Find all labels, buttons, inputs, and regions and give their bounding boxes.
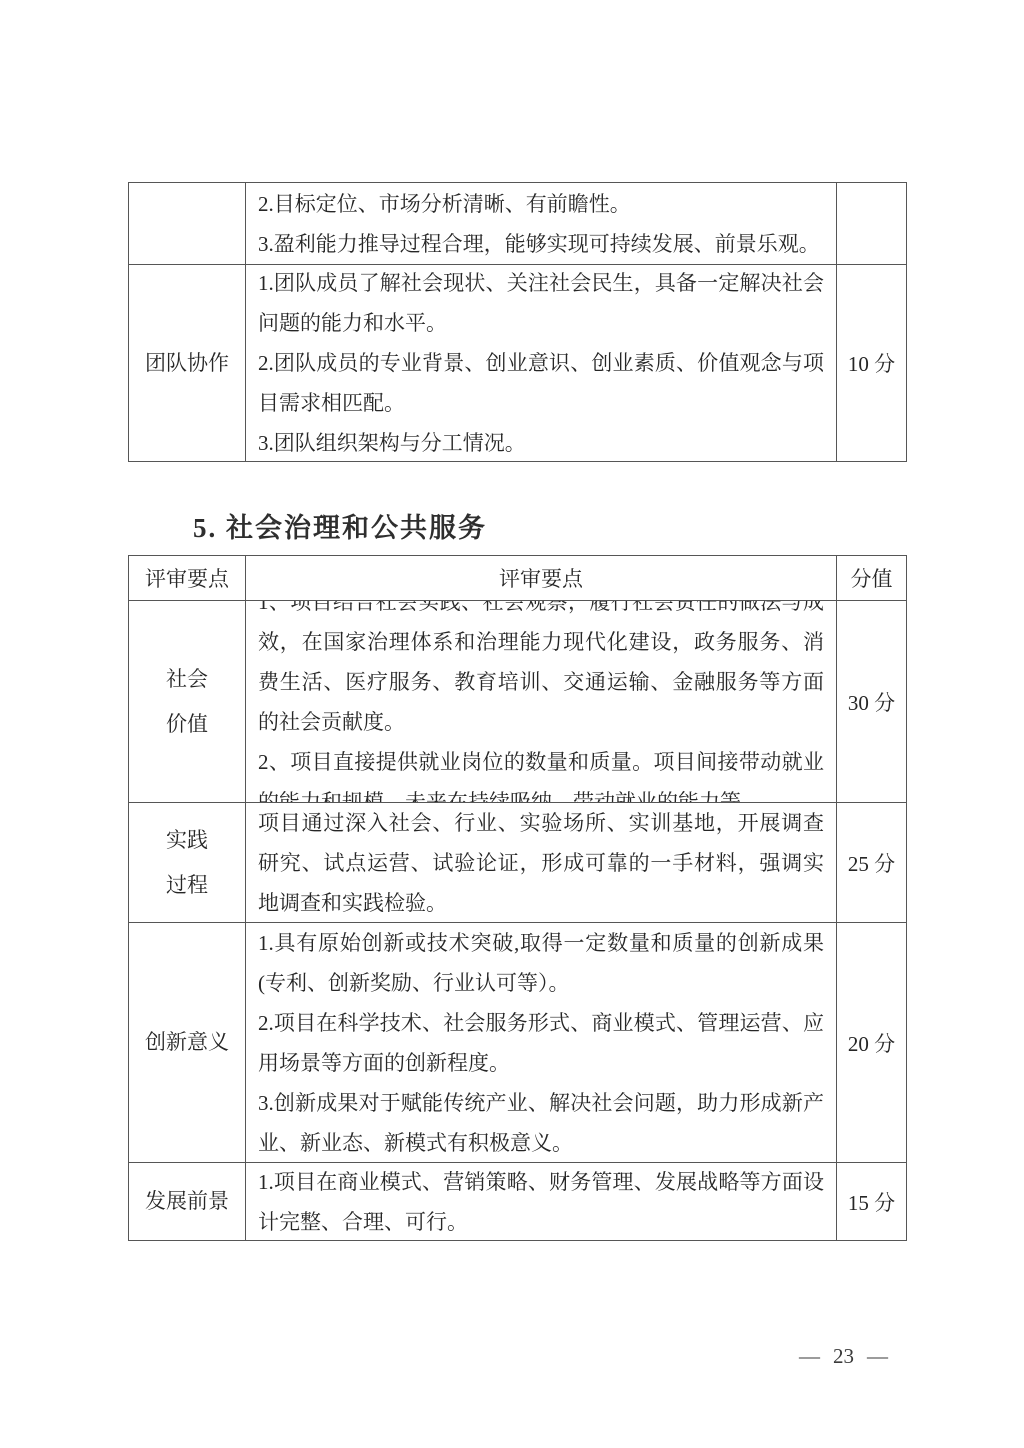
- header-cell: 评审要点: [129, 556, 246, 600]
- score-value: 15 分: [848, 1187, 895, 1217]
- criterion-detail-cell: 1.团队成员了解社会现状、关注社会民生，具备一定解决社会问题的能力和水平。 2.…: [246, 265, 837, 461]
- header-cell: 分值: [837, 556, 906, 600]
- criterion-point: 1.具有原始创新或技术突破,取得一定数量和质量的创新成果(专利、创新奖励、行业认…: [258, 923, 824, 1003]
- section-heading: 5. 社会治理和公共服务: [193, 506, 487, 545]
- document-page: 2.目标定位、市场分析清晰、有前瞻性。 3.盈利能力推导过程合理，能够实现可持续…: [0, 0, 1024, 1448]
- criterion-point: 3.团队组织架构与分工情况。: [258, 423, 824, 461]
- score-cell: 10 分: [837, 265, 906, 461]
- page-footer: — 23 —: [799, 1344, 888, 1369]
- criterion-label-line: 创新意义: [145, 1020, 229, 1065]
- continuation-rubric-table: 2.目标定位、市场分析清晰、有前瞻性。 3.盈利能力推导过程合理，能够实现可持续…: [128, 182, 907, 462]
- criterion-point: 2、项目直接提供就业岗位的数量和质量。项目间接带动就业的能力和规模。未来在持续吸…: [258, 742, 824, 803]
- score-cell: 20 分: [837, 923, 906, 1162]
- criterion-point: 1.项目在商业模式、营销策略、财务管理、发展战略等方面设计完整、合理、可行。: [258, 1163, 824, 1240]
- table-row: 团队协作 1.团队成员了解社会现状、关注社会民生，具备一定解决社会问题的能力和水…: [129, 264, 906, 461]
- criterion-point: 项目通过深入社会、行业、实验场所、实训基地，开展调查研究、试点运营、试验论证，形…: [258, 803, 824, 922]
- criterion-point: 2.目标定位、市场分析清晰、有前瞻性。: [258, 184, 824, 224]
- criterion-label-cell: 团队协作: [129, 265, 246, 461]
- header-label: 评审要点: [499, 563, 583, 593]
- review-rubric-table: 评审要点 评审要点 分值 社会 价值 1、项目结合社会实践、社会观察，履行社会责…: [128, 555, 907, 1241]
- page-number: 23: [833, 1344, 854, 1369]
- criterion-point: 1.团队成员了解社会现状、关注社会民生，具备一定解决社会问题的能力和水平。: [258, 265, 824, 343]
- table-row: 2.目标定位、市场分析清晰、有前瞻性。 3.盈利能力推导过程合理，能够实现可持续…: [129, 183, 906, 264]
- criterion-point: 2.项目在科学技术、社会服务形式、商业模式、管理运营、应用场景等方面的创新程度。: [258, 1003, 824, 1083]
- criterion-detail-cell: 1.具有原始创新或技术突破,取得一定数量和质量的创新成果(专利、创新奖励、行业认…: [246, 923, 837, 1162]
- criterion-label-line: 价值: [166, 702, 208, 747]
- table-header-row: 评审要点 评审要点 分值: [129, 556, 906, 600]
- score-value: 10 分: [848, 348, 895, 378]
- header-label: 评审要点: [145, 563, 229, 593]
- criterion-label-line: 社会: [166, 657, 208, 702]
- score-value: 30 分: [848, 687, 895, 717]
- criterion-point: 1、项目结合社会实践、社会观察，履行社会责任的做法与成效，在国家治理体系和治理能…: [258, 601, 824, 742]
- table-row: 创新意义 1.具有原始创新或技术突破,取得一定数量和质量的创新成果(专利、创新奖…: [129, 922, 906, 1162]
- score-value: 20 分: [848, 1028, 895, 1058]
- criterion-point: 3.创新成果对于赋能传统产业、解决社会问题，助力形成新产业、新业态、新模式有积极…: [258, 1083, 824, 1163]
- criterion-detail-cell: 2.目标定位、市场分析清晰、有前瞻性。 3.盈利能力推导过程合理，能够实现可持续…: [246, 183, 837, 264]
- criterion-label-cell: 实践 过程: [129, 803, 246, 922]
- table-row: 实践 过程 项目通过深入社会、行业、实验场所、实训基地，开展调查研究、试点运营、…: [129, 802, 906, 922]
- criterion-label-line: 发展前景: [145, 1179, 229, 1224]
- score-cell: 15 分: [837, 1163, 906, 1240]
- criterion-detail-cell: 1.项目在商业模式、营销策略、财务管理、发展战略等方面设计完整、合理、可行。: [246, 1163, 837, 1240]
- criterion-point: 3.盈利能力推导过程合理，能够实现可持续发展、前景乐观。: [258, 224, 824, 264]
- footer-dash: —: [867, 1344, 888, 1369]
- table-row: 发展前景 1.项目在商业模式、营销策略、财务管理、发展战略等方面设计完整、合理、…: [129, 1162, 906, 1240]
- footer-dash: —: [799, 1344, 820, 1369]
- criterion-label-line: 实践: [166, 818, 208, 863]
- score-cell: [837, 183, 906, 264]
- criterion-label-line: 过程: [166, 863, 208, 908]
- criterion-detail-cell: 1、项目结合社会实践、社会观察，履行社会责任的做法与成效，在国家治理体系和治理能…: [246, 601, 837, 802]
- score-cell: 25 分: [837, 803, 906, 922]
- criterion-label-cell: 创新意义: [129, 923, 246, 1162]
- criterion-label-cell: 发展前景: [129, 1163, 246, 1240]
- criterion-detail-cell: 项目通过深入社会、行业、实验场所、实训基地，开展调查研究、试点运营、试验论证，形…: [246, 803, 837, 922]
- table-row: 社会 价值 1、项目结合社会实践、社会观察，履行社会责任的做法与成效，在国家治理…: [129, 600, 906, 802]
- criterion-label-cell: 社会 价值: [129, 601, 246, 802]
- score-value: 25 分: [848, 848, 895, 878]
- criterion-point: 2.团队成员的专业背景、创业意识、创业素质、价值观念与项目需求相匹配。: [258, 343, 824, 423]
- criterion-label: 团队协作: [145, 341, 229, 386]
- header-label: 分值: [851, 563, 893, 593]
- header-cell: 评审要点: [246, 556, 837, 600]
- criterion-label-cell: [129, 183, 246, 264]
- score-cell: 30 分: [837, 601, 906, 802]
